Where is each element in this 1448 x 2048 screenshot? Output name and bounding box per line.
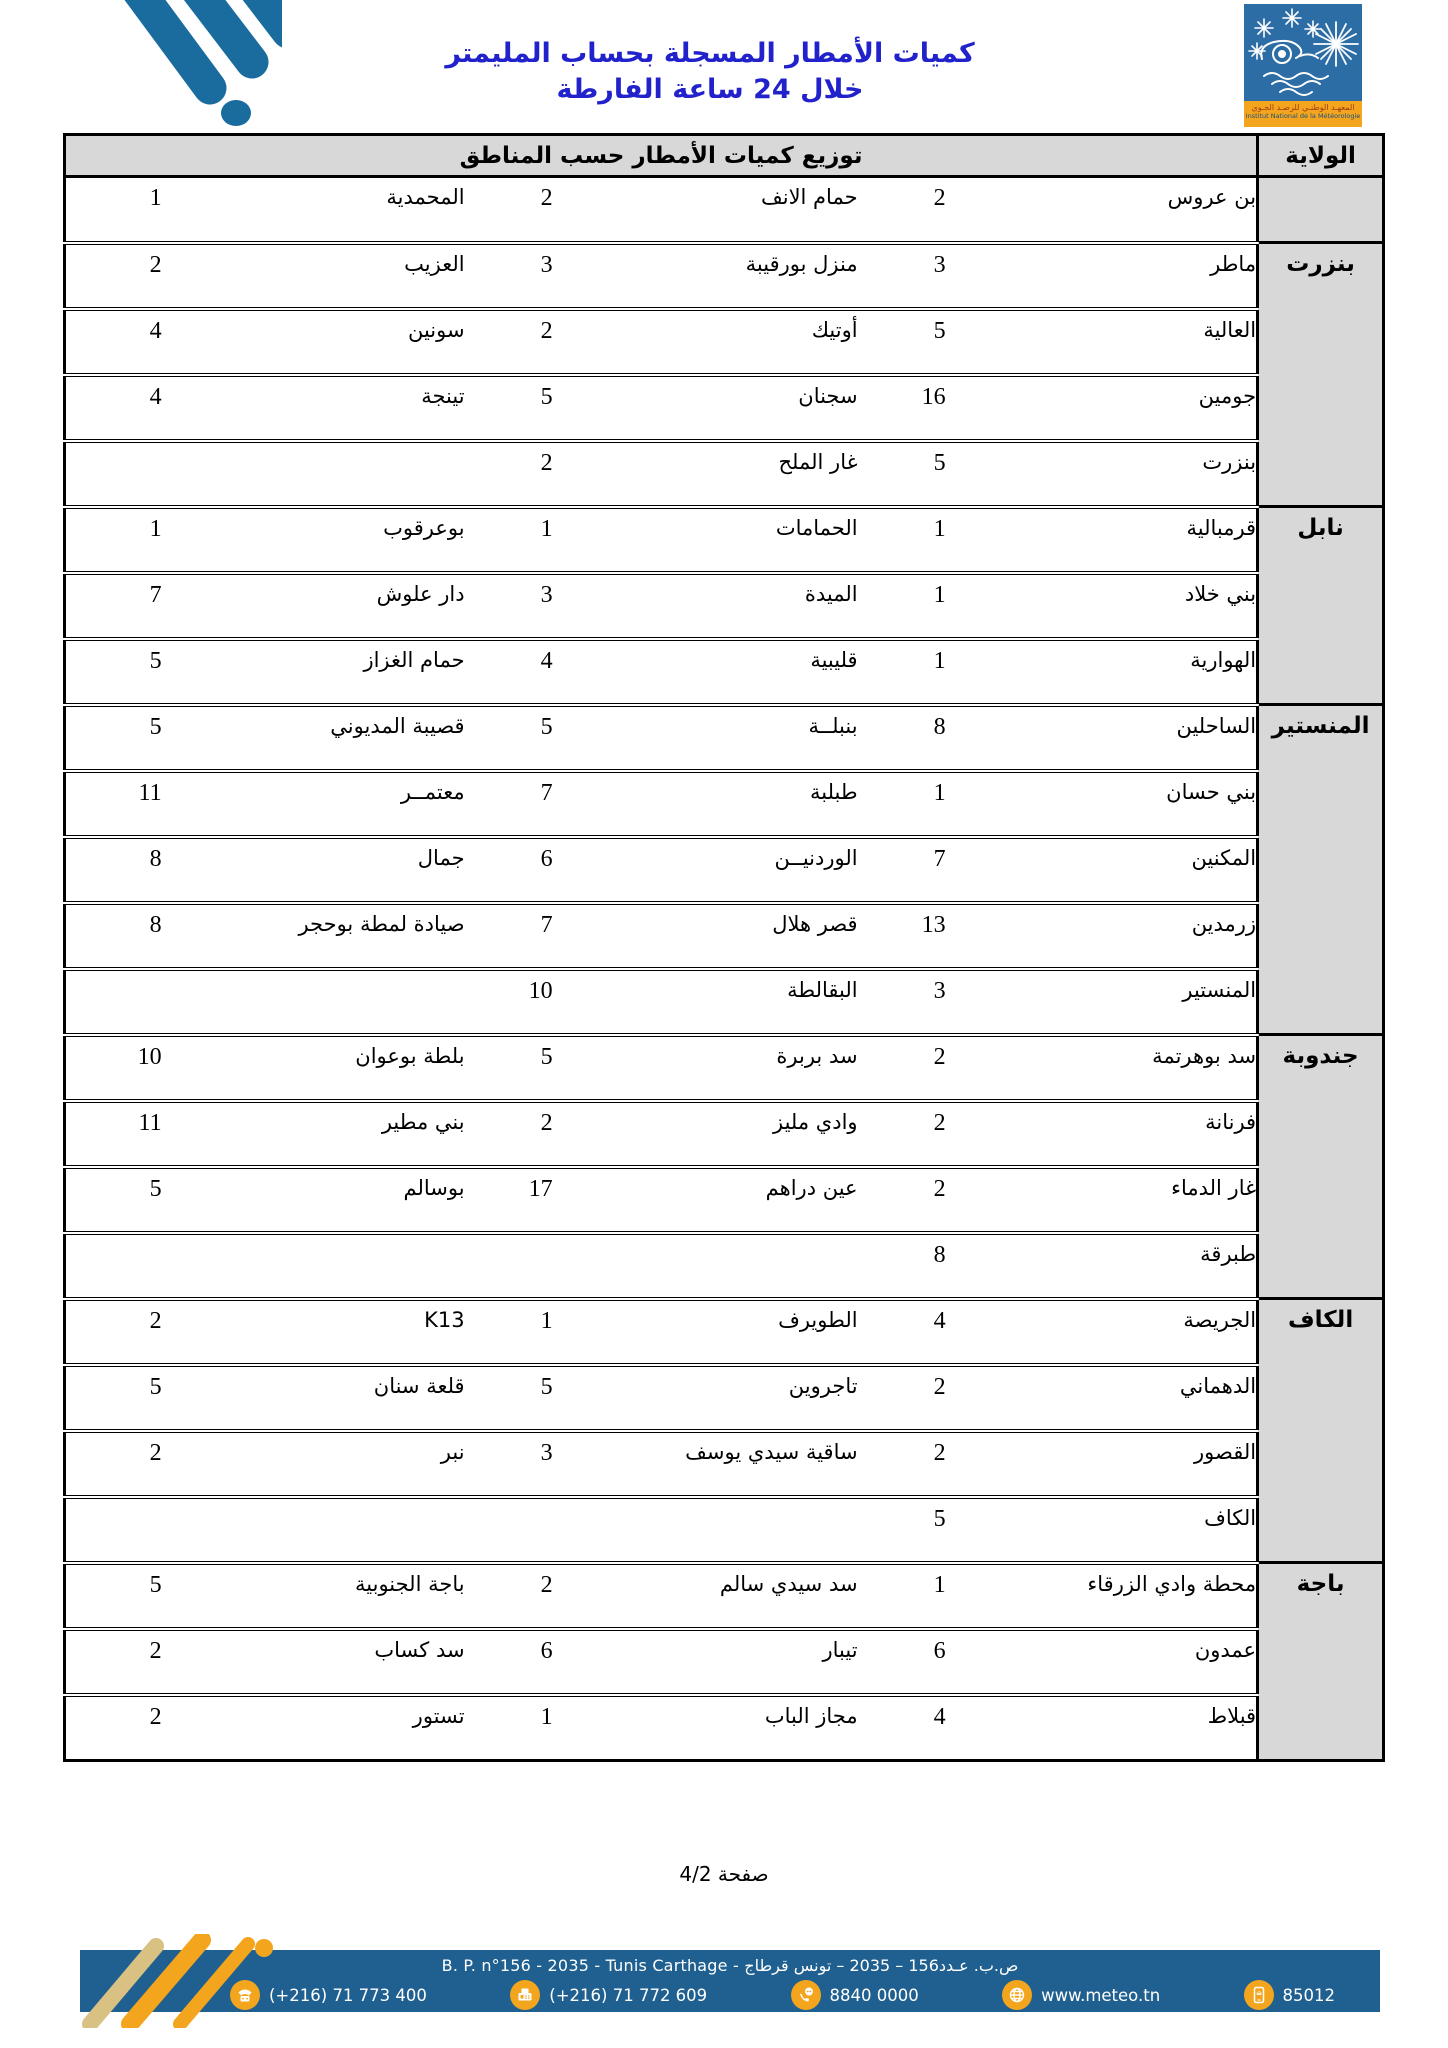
- snowflake-icon: [1255, 19, 1273, 37]
- station-name-cell: ساقية سيدي يوسف: [553, 1431, 858, 1497]
- rainfall-value-cell: 2: [465, 309, 553, 375]
- station-name-cell: بوسالم: [162, 1167, 465, 1233]
- rainfall-value-cell: 10: [65, 1035, 162, 1101]
- table-row: باجةمحطة وادي الزرقاء1سد سيدي سالم2باجة …: [65, 1563, 1384, 1629]
- governorate-cell: المنستير: [1258, 705, 1384, 1035]
- rainfall-value-cell: 8: [858, 705, 946, 771]
- sun-star-icon: [1314, 22, 1358, 66]
- governorate-cell: [1258, 177, 1384, 243]
- station-name-cell: باجة الجنوبية: [162, 1563, 465, 1629]
- footer-contacts: (+216) 71 773 400(+216) 71 772 6098840 0…: [80, 1975, 1380, 2010]
- station-name-cell: المحمدية: [162, 177, 465, 243]
- telephone-icon: [230, 1980, 260, 2010]
- station-name-cell: المنستير: [946, 969, 1258, 1035]
- rainfall-value-cell: 5: [65, 639, 162, 705]
- rainfall-value-cell: 4: [465, 639, 553, 705]
- rainfall-value-cell: 5: [858, 1497, 946, 1563]
- governorate-cell: جندوبة: [1258, 1035, 1384, 1299]
- inm-logo-caption: المعهـد الوطنـي للرصـد الجـوي Institut N…: [1244, 101, 1362, 127]
- rainfall-value-cell: 6: [858, 1629, 946, 1695]
- station-name-cell: [162, 1233, 465, 1299]
- station-name-cell: بنزرت: [946, 441, 1258, 507]
- rainfall-value-cell: 5: [65, 705, 162, 771]
- table-row: قبلاط4مجاز الباب1تستور2: [65, 1695, 1384, 1761]
- rainfall-value-cell: 1: [65, 507, 162, 573]
- table-row: عمدون6تيبار6سد كساب2: [65, 1629, 1384, 1695]
- inm-caption-arabic: المعهـد الوطنـي للرصـد الجـوي: [1244, 103, 1362, 112]
- table-row: الكافالجريصة4الطويرف1K132: [65, 1299, 1384, 1365]
- station-name-cell: العزيب: [162, 243, 465, 309]
- station-name-cell: معتمــر: [162, 771, 465, 837]
- station-name-cell: أوتيك: [553, 309, 858, 375]
- rainfall-value-cell: 1: [858, 771, 946, 837]
- rainfall-value-cell: 3: [465, 1431, 553, 1497]
- rainfall-value-cell: 2: [65, 1629, 162, 1695]
- contact-item: (+216) 71 773 400: [230, 1980, 427, 2010]
- station-name-cell: البقالطة: [553, 969, 858, 1035]
- governorate-cell: نابل: [1258, 507, 1384, 705]
- mobile-icon: [1244, 1980, 1274, 2010]
- rainfall-value-cell: 5: [858, 309, 946, 375]
- table-row: بنزرتماطر3منزل بورقيبة3العزيب2: [65, 243, 1384, 309]
- station-name-cell: [162, 441, 465, 507]
- station-name-cell: بوعرقوب: [162, 507, 465, 573]
- rainfall-value-cell: 1: [465, 507, 553, 573]
- title-line-1: كميات الأمطار المسجلة بحساب المليمتر: [400, 36, 1020, 72]
- station-name-cell: عين دراهم: [553, 1167, 858, 1233]
- station-name-cell: محطة وادي الزرقاء: [946, 1563, 1258, 1629]
- rainfall-value-cell: 1: [858, 639, 946, 705]
- rainfall-value-cell: 5: [465, 1035, 553, 1101]
- rainfall-value-cell: [465, 1233, 553, 1299]
- contact-text: www.meteo.tn: [1041, 1986, 1160, 2005]
- station-name-cell: غار الدماء: [946, 1167, 1258, 1233]
- station-name-cell: حمام الانف: [553, 177, 858, 243]
- rainfall-value-cell: 10: [465, 969, 553, 1035]
- rainfall-value-cell: 13: [858, 903, 946, 969]
- rainfall-value-cell: [65, 1497, 162, 1563]
- station-name-cell: عمدون: [946, 1629, 1258, 1695]
- rainfall-value-cell: 2: [65, 1299, 162, 1365]
- table-header-row: الولاية توزيع كميات الأمطار حسب المناطق: [65, 135, 1384, 177]
- page-number: صفحة 4/2: [0, 1862, 1448, 1886]
- station-name-cell: طبلبة: [553, 771, 858, 837]
- table-row: جندوبةسد بوهرتمة2سد بربرة5بلطة بوعوان10: [65, 1035, 1384, 1101]
- rainfall-value-cell: 2: [65, 1431, 162, 1497]
- rainfall-value-cell: 11: [65, 771, 162, 837]
- station-name-cell: الدهماني: [946, 1365, 1258, 1431]
- rainfall-value-cell: 3: [858, 243, 946, 309]
- table-row: القصور2ساقية سيدي يوسف3نبر2: [65, 1431, 1384, 1497]
- rainfall-value-cell: 5: [465, 705, 553, 771]
- station-name-cell: المكنين: [946, 837, 1258, 903]
- station-name-cell: فرنانة: [946, 1101, 1258, 1167]
- rainfall-value-cell: 3: [465, 573, 553, 639]
- station-name-cell: سد بوهرتمة: [946, 1035, 1258, 1101]
- station-name-cell: العالية: [946, 309, 1258, 375]
- table-row: الهوارية1قليبية4حمام الغزاز5: [65, 639, 1384, 705]
- station-name-cell: تينجة: [162, 375, 465, 441]
- table-row: بني خلاد1الميدة3دار علوش7: [65, 573, 1384, 639]
- station-name-cell: القصور: [946, 1431, 1258, 1497]
- station-name-cell: بلطة بوعوان: [162, 1035, 465, 1101]
- station-name-cell: ماطر: [946, 243, 1258, 309]
- snowflake-icon: [1283, 9, 1301, 27]
- station-name-cell: [162, 1497, 465, 1563]
- station-name-cell: قرمبالية: [946, 507, 1258, 573]
- rainfall-value-cell: 5: [858, 441, 946, 507]
- station-name-cell: الوردنيــن: [553, 837, 858, 903]
- rainfall-value-cell: 1: [858, 1563, 946, 1629]
- inm-logo-art: [1244, 4, 1362, 101]
- table-row: العالية5أوتيك2سونين4: [65, 309, 1384, 375]
- rainfall-value-cell: 4: [858, 1299, 946, 1365]
- document-page: كميات الأمطار المسجلة بحساب المليمتر خلا…: [0, 0, 1448, 2048]
- rainfall-value-cell: 1: [858, 507, 946, 573]
- table-row: غار الدماء2عين دراهم17بوسالم5: [65, 1167, 1384, 1233]
- call-center-icon: [791, 1980, 821, 2010]
- contact-text: (+216) 71 773 400: [269, 1986, 427, 2005]
- rainfall-value-cell: 8: [65, 903, 162, 969]
- station-name-cell: الكاف: [946, 1497, 1258, 1563]
- rainfall-value-cell: 8: [65, 837, 162, 903]
- globe-icon: [1002, 1980, 1032, 2010]
- rainfall-value-cell: 2: [858, 1101, 946, 1167]
- station-name-cell: الهوارية: [946, 639, 1258, 705]
- fax-icon: [510, 1980, 540, 2010]
- station-name-cell: سونين: [162, 309, 465, 375]
- station-name-cell: منزل بورقيبة: [553, 243, 858, 309]
- logo-dot: [221, 100, 251, 126]
- distribution-header: توزيع كميات الأمطار حسب المناطق: [65, 135, 1258, 177]
- station-name-cell: تستور: [162, 1695, 465, 1761]
- table-row: بن عروس2حمام الانف2المحمدية1: [65, 177, 1384, 243]
- station-name-cell: دار علوش: [162, 573, 465, 639]
- rainfall-value-cell: 2: [465, 1563, 553, 1629]
- rainfall-value-cell: 1: [465, 1299, 553, 1365]
- station-name-cell: طبرقة: [946, 1233, 1258, 1299]
- station-name-cell: بني خلاد: [946, 573, 1258, 639]
- contact-item: (+216) 71 772 609: [510, 1980, 707, 2010]
- rainfall-value-cell: 6: [465, 837, 553, 903]
- contact-item: 8840 0000: [791, 1980, 919, 2010]
- contact-item: 85012: [1244, 1980, 1336, 2010]
- rainfall-value-cell: 2: [465, 441, 553, 507]
- rainfall-value-cell: 16: [858, 375, 946, 441]
- diagonal-stripes-logo: [52, 0, 282, 132]
- governorate-cell: الكاف: [1258, 1299, 1384, 1563]
- station-name-cell: سد بربرة: [553, 1035, 858, 1101]
- station-name-cell: جومين: [946, 375, 1258, 441]
- station-name-cell: الحمامات: [553, 507, 858, 573]
- rainfall-value-cell: 2: [858, 177, 946, 243]
- rainfall-value-cell: [65, 441, 162, 507]
- inm-caption-french: Institut National de la Météorologie: [1244, 112, 1362, 120]
- rainfall-value-cell: 2: [65, 1695, 162, 1761]
- station-name-cell: قصر هلال: [553, 903, 858, 969]
- rainfall-value-cell: 5: [65, 1563, 162, 1629]
- station-name-cell: بني مطير: [162, 1101, 465, 1167]
- rainfall-value-cell: 2: [858, 1431, 946, 1497]
- rainfall-value-cell: 2: [465, 177, 553, 243]
- table-row: نابلقرمبالية1الحمامات1بوعرقوب1: [65, 507, 1384, 573]
- rainfall-value-cell: 7: [65, 573, 162, 639]
- table-row: طبرقة8: [65, 1233, 1384, 1299]
- rainfall-value-cell: 8: [858, 1233, 946, 1299]
- rainfall-value-cell: 4: [858, 1695, 946, 1761]
- station-name-cell: قصيبة المديوني: [162, 705, 465, 771]
- governorate-cell: باجة: [1258, 1563, 1384, 1761]
- governorate-cell: بنزرت: [1258, 243, 1384, 507]
- table-row: الدهماني2تاجروين5قلعة سنان5: [65, 1365, 1384, 1431]
- rainfall-value-cell: [65, 1233, 162, 1299]
- station-name-cell: قليبية: [553, 639, 858, 705]
- rainfall-value-cell: [465, 1497, 553, 1563]
- rainfall-value-cell: 5: [465, 1365, 553, 1431]
- station-name-cell: الميدة: [553, 573, 858, 639]
- station-name-cell: نبر: [162, 1431, 465, 1497]
- rainfall-value-cell: 4: [65, 309, 162, 375]
- rainfall-value-cell: 1: [65, 177, 162, 243]
- table-row: الكاف5: [65, 1497, 1384, 1563]
- station-name-cell: حمام الغزاز: [162, 639, 465, 705]
- contact-text: 85012: [1283, 1986, 1336, 2005]
- table-row: زرمدين13قصر هلال7صيادة لمطة بوحجر8: [65, 903, 1384, 969]
- rainfall-value-cell: 1: [858, 573, 946, 639]
- station-name-cell: صيادة لمطة بوحجر: [162, 903, 465, 969]
- station-name-cell: وادي مليز: [553, 1101, 858, 1167]
- station-name-cell: زرمدين: [946, 903, 1258, 969]
- rainfall-value-cell: 7: [858, 837, 946, 903]
- governorate-column-header: الولاية: [1258, 135, 1384, 177]
- rainfall-value-cell: 11: [65, 1101, 162, 1167]
- rainfall-value-cell: 2: [858, 1167, 946, 1233]
- rainfall-value-cell: 2: [858, 1035, 946, 1101]
- rainfall-value-cell: 5: [65, 1167, 162, 1233]
- station-name-cell: سد سيدي سالم: [553, 1563, 858, 1629]
- station-name-cell: مجاز الباب: [553, 1695, 858, 1761]
- station-name-cell: [162, 969, 465, 1035]
- rainfall-table: الولاية توزيع كميات الأمطار حسب المناطق …: [63, 133, 1385, 1762]
- table-row: جومين16سجنان5تينجة4: [65, 375, 1384, 441]
- contact-item: www.meteo.tn: [1002, 1980, 1160, 2010]
- station-name-cell: تيبار: [553, 1629, 858, 1695]
- table-row: بنزرت5غار الملح2: [65, 441, 1384, 507]
- rainfall-value-cell: 3: [858, 969, 946, 1035]
- rainfall-value-cell: 5: [65, 1365, 162, 1431]
- rainfall-value-cell: [65, 969, 162, 1035]
- rainfall-value-cell: 2: [465, 1101, 553, 1167]
- rainfall-value-cell: 1: [465, 1695, 553, 1761]
- footer-bar: B. P. n°156 - 2035 - Tunis Carthage - ص.…: [80, 1950, 1380, 2012]
- station-name-cell: بن عروس: [946, 177, 1258, 243]
- contact-text: 8840 0000: [830, 1986, 919, 2005]
- rainfall-value-cell: 7: [465, 903, 553, 969]
- rainfall-value-cell: 4: [65, 375, 162, 441]
- station-name-cell: قبلاط: [946, 1695, 1258, 1761]
- title-line-2: خلال 24 ساعة الفارطة: [400, 72, 1020, 108]
- rainfall-value-cell: 6: [465, 1629, 553, 1695]
- station-name-cell: سد كساب: [162, 1629, 465, 1695]
- footer-address: B. P. n°156 - 2035 - Tunis Carthage - ص.…: [80, 1950, 1380, 1975]
- station-name-cell: قلعة سنان: [162, 1365, 465, 1431]
- table-row: المنستيرالساحلين8بنبلــة5قصيبة المديوني5: [65, 705, 1384, 771]
- station-name-cell: K13: [162, 1299, 465, 1365]
- station-name-cell: بني حسان: [946, 771, 1258, 837]
- table-row: فرنانة2وادي مليز2بني مطير11: [65, 1101, 1384, 1167]
- rainfall-value-cell: 2: [858, 1365, 946, 1431]
- rainfall-value-cell: 2: [65, 243, 162, 309]
- station-name-cell: الجريصة: [946, 1299, 1258, 1365]
- station-name-cell: الطويرف: [553, 1299, 858, 1365]
- table-row: المنستير3البقالطة10: [65, 969, 1384, 1035]
- table-row: بني حسان1طبلبة7معتمــر11: [65, 771, 1384, 837]
- station-name-cell: بنبلــة: [553, 705, 858, 771]
- page-title: كميات الأمطار المسجلة بحساب المليمتر خلا…: [400, 36, 1020, 107]
- rainfall-value-cell: 7: [465, 771, 553, 837]
- station-name-cell: [553, 1497, 858, 1563]
- inm-logo: المعهـد الوطنـي للرصـد الجـوي Institut N…: [1244, 4, 1362, 127]
- station-name-cell: [553, 1233, 858, 1299]
- rainfall-value-cell: 5: [465, 375, 553, 441]
- table-row: المكنين7الوردنيــن6جمال8: [65, 837, 1384, 903]
- rainfall-value-cell: 17: [465, 1167, 553, 1233]
- station-name-cell: غار الملح: [553, 441, 858, 507]
- station-name-cell: سجنان: [553, 375, 858, 441]
- rainfall-value-cell: 3: [465, 243, 553, 309]
- contact-text: (+216) 71 772 609: [549, 1986, 707, 2005]
- station-name-cell: تاجروين: [553, 1365, 858, 1431]
- station-name-cell: جمال: [162, 837, 465, 903]
- station-name-cell: الساحلين: [946, 705, 1258, 771]
